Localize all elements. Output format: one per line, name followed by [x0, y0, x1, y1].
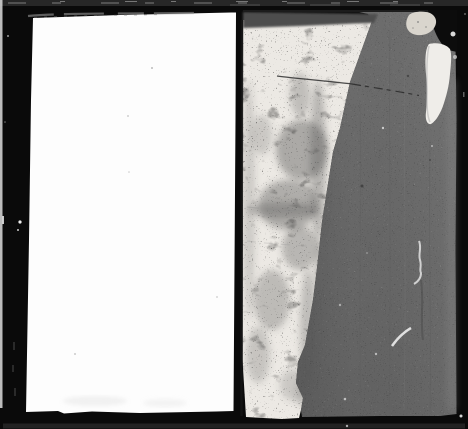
- bottom-strip: [3, 424, 465, 429]
- right-page-gutter-edge-line: [242, 20, 243, 416]
- scan-image: [0, 0, 468, 429]
- torn-paper-bit: [451, 32, 456, 37]
- scanned-book-spread: [0, 0, 468, 429]
- torn-paper-bit-small: [453, 55, 457, 59]
- left-edge-light-strip: [0, 0, 3, 408]
- left-blank-page: [26, 13, 236, 414]
